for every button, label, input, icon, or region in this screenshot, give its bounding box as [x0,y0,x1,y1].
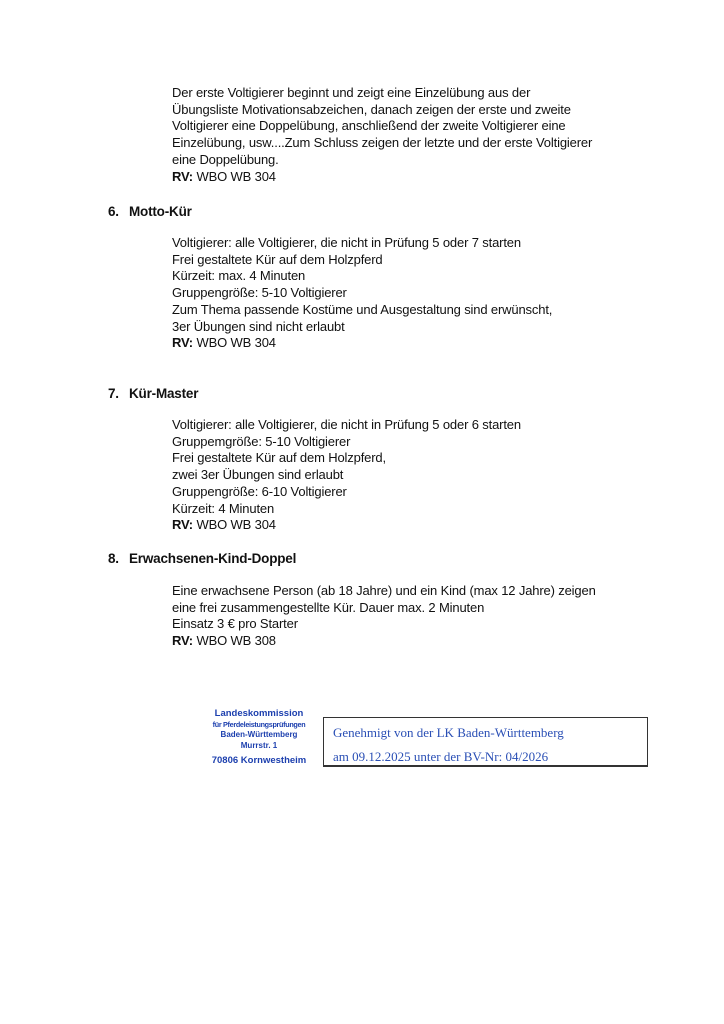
intro-line: Übungsliste Motivationsabzeichen, danach… [172,102,592,119]
intro-line: Der erste Voltigierer beginnt und zeigt … [172,85,592,102]
stamp-line: Murrstr. 1 [198,740,320,751]
approval-line: am 09.12.2025 unter der BV-Nr: 04/2026 [333,749,548,765]
stamp-line: für Pferdeleistungsprüfungen [198,720,320,730]
rv-reference: RV: WBO WB 304 [172,517,521,534]
stamp-line: Baden-Württemberg [198,730,320,740]
section-line: Gruppemgröße: 5-10 Voltigierer [172,434,521,451]
section-line: Gruppengröße: 5-10 Voltigierer [172,285,552,302]
section-number: 6. [108,204,129,219]
section-number: 8. [108,551,129,566]
approval-line: Genehmigt von der LK Baden-Württemberg [333,725,564,741]
section-line: Zum Thema passende Kostüme und Ausgestal… [172,302,552,319]
section-line: Frei gestaltete Kür auf dem Holzpferd [172,252,552,269]
section-line: eine frei zusammengestellte Kür. Dauer m… [172,600,596,617]
section-line: zwei 3er Übungen sind erlaubt [172,467,521,484]
section-line: 3er Übungen sind nicht erlaubt [172,319,552,336]
section-line: Kürzeit: 4 Minuten [172,501,521,518]
rv-label: RV: [172,633,193,648]
rv-reference: RV: WBO WB 304 [172,335,552,352]
rv-value: WBO WB 304 [193,169,276,184]
rv-value: WBO WB 308 [193,633,276,648]
section-body-6: Voltigierer: alle Voltigierer, die nicht… [172,235,552,352]
section-line: Einsatz 3 € pro Starter [172,616,596,633]
stamp-line: 70806 Kornwestheim [198,755,320,767]
approval-box: Genehmigt von der LK Baden-Württemberg a… [323,717,648,767]
section-body-8: Eine erwachsene Person (ab 18 Jahre) und… [172,583,596,650]
section-number: 7. [108,386,129,401]
section-line: Voltigierer: alle Voltigierer, die nicht… [172,235,552,252]
intro-line: Einzelübung, usw....Zum Schluss zeigen d… [172,135,592,152]
stamp-line: Landeskommission [198,708,320,720]
intro-line: Voltigierer eine Doppelübung, anschließe… [172,118,592,135]
official-stamp: Landeskommission für Pferdeleistungsprüf… [198,708,320,767]
section-heading-6: 6.Motto-Kür [108,204,192,219]
section-title: Kür-Master [129,386,198,401]
section-title: Motto-Kür [129,204,192,219]
rv-reference: RV: WBO WB 304 [172,169,592,186]
rv-reference: RV: WBO WB 308 [172,633,596,650]
document-page: Der erste Voltigierer beginnt und zeigt … [0,0,724,1024]
rv-label: RV: [172,517,193,532]
rv-label: RV: [172,169,193,184]
section-heading-7: 7.Kür-Master [108,386,198,401]
section-heading-8: 8.Erwachsenen-Kind-Doppel [108,551,296,566]
rv-value: WBO WB 304 [193,335,276,350]
section-line: Frei gestaltete Kür auf dem Holzpferd, [172,450,521,467]
rv-label: RV: [172,335,193,350]
section-line: Kürzeit: max. 4 Minuten [172,268,552,285]
intro-line: eine Doppelübung. [172,152,592,169]
section-line: Eine erwachsene Person (ab 18 Jahre) und… [172,583,596,600]
rv-value: WBO WB 304 [193,517,276,532]
section-title: Erwachsenen-Kind-Doppel [129,551,296,566]
intro-paragraph: Der erste Voltigierer beginnt und zeigt … [172,85,592,185]
section-line: Gruppengröße: 6-10 Voltigierer [172,484,521,501]
section-line: Voltigierer: alle Voltigierer, die nicht… [172,417,521,434]
section-body-7: Voltigierer: alle Voltigierer, die nicht… [172,417,521,534]
